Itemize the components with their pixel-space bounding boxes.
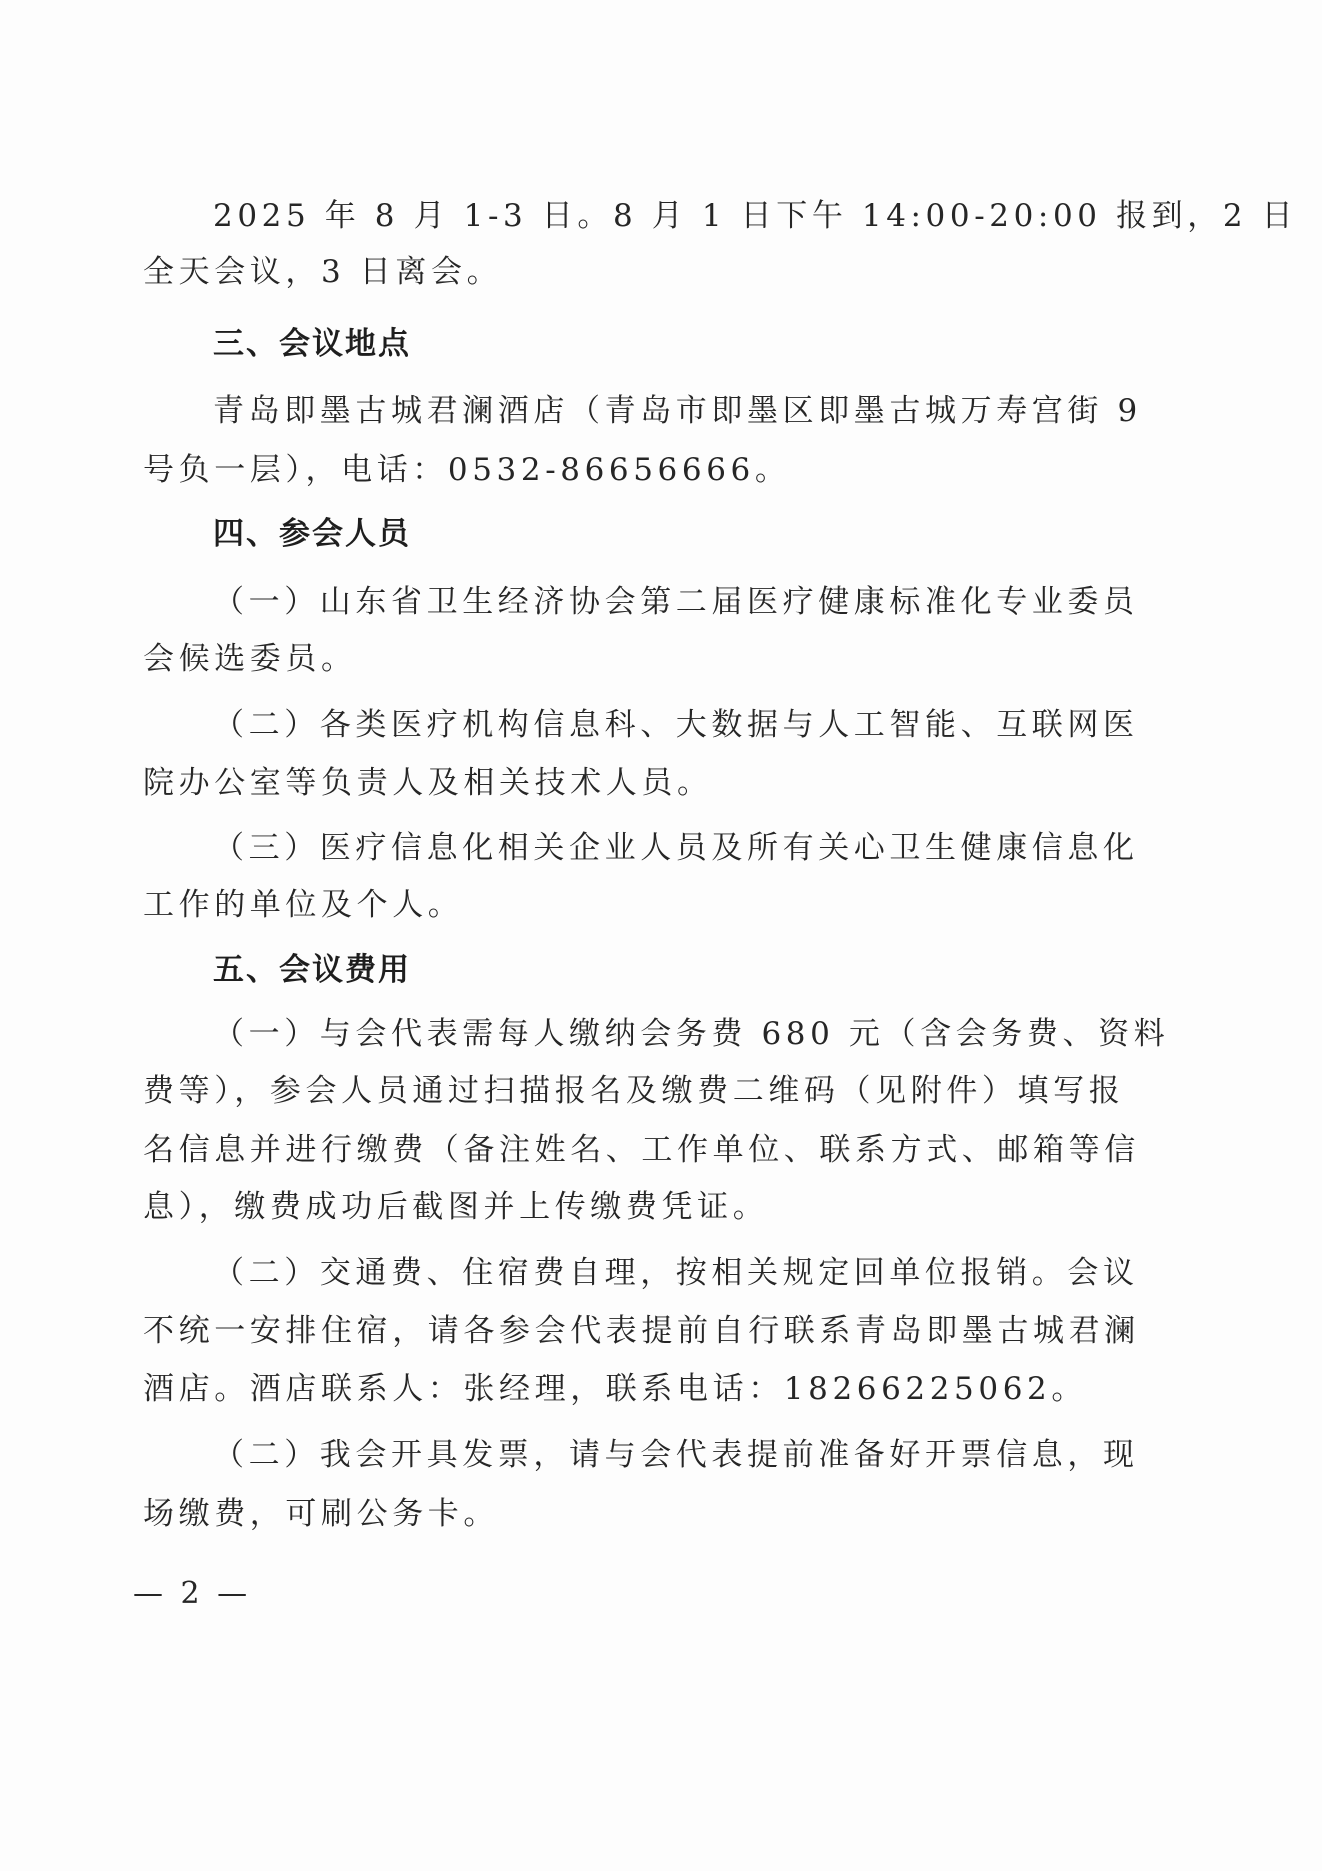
section-heading-fees: 五、会议费用	[213, 950, 411, 990]
text-line-fees-3-cont: 场缴费，可刷公务卡。	[143, 1494, 499, 1534]
text-line-fees-2-cont-a: 不统一安排住宿，请各参会代表提前自行联系青岛即墨古城君澜	[143, 1311, 1140, 1351]
text-line-fees-1-cont-b: 名信息并进行缴费（备注姓名、工作单位、联系方式、邮箱等信	[143, 1130, 1140, 1170]
text-line-fees-1-cont-a: 费等），参会人员通过扫描报名及缴费二维码（见附件）填写报	[143, 1071, 1124, 1111]
page-number: — 2 —	[133, 1574, 251, 1614]
text-line-venue: 青岛即墨古城君澜酒店（青岛市即墨区即墨古城万寿宫街 9	[213, 391, 1142, 431]
document-page: 2025 年 8 月 1-3 日。8 月 1 日下午 14:00-20:00 报…	[0, 0, 1322, 1871]
text-line-fees-2-cont-b: 酒店。酒店联系人：张经理，联系电话：18266225062。	[143, 1369, 1087, 1409]
text-line-venue-cont: 号负一层），电话：0532-86656666。	[143, 450, 790, 490]
text-line-schedule-cont: 全天会议，3 日离会。	[143, 252, 502, 292]
section-heading-venue: 三、会议地点	[213, 324, 411, 364]
text-line-attendees-3-cont: 工作的单位及个人。	[143, 885, 463, 925]
text-line-attendees-1-cont: 会候选委员。	[143, 639, 357, 679]
text-line-fees-1: （一）与会代表需每人缴纳会务费 680 元（含会务费、资料	[213, 1014, 1169, 1054]
text-line-schedule: 2025 年 8 月 1-3 日。8 月 1 日下午 14:00-20:00 报…	[213, 196, 1297, 236]
text-line-attendees-2: （二）各类医疗机构信息科、大数据与人工智能、互联网医	[213, 705, 1139, 745]
text-line-attendees-3: （三）医疗信息化相关企业人员及所有关心卫生健康信息化	[213, 828, 1139, 868]
text-line-fees-1-cont-c: 息），缴费成功后截图并上传缴费凭证。	[143, 1187, 768, 1227]
text-line-fees-3: （二）我会开具发票，请与会代表提前准备好开票信息，现	[213, 1435, 1139, 1475]
text-line-fees-2: （二）交通费、住宿费自理，按相关规定回单位报销。会议	[213, 1253, 1139, 1293]
section-heading-attendees: 四、参会人员	[213, 514, 411, 554]
text-line-attendees-2-cont: 院办公室等负责人及相关技术人员。	[143, 763, 713, 803]
text-line-attendees-1: （一）山东省卫生经济协会第二届医疗健康标准化专业委员	[213, 582, 1139, 622]
